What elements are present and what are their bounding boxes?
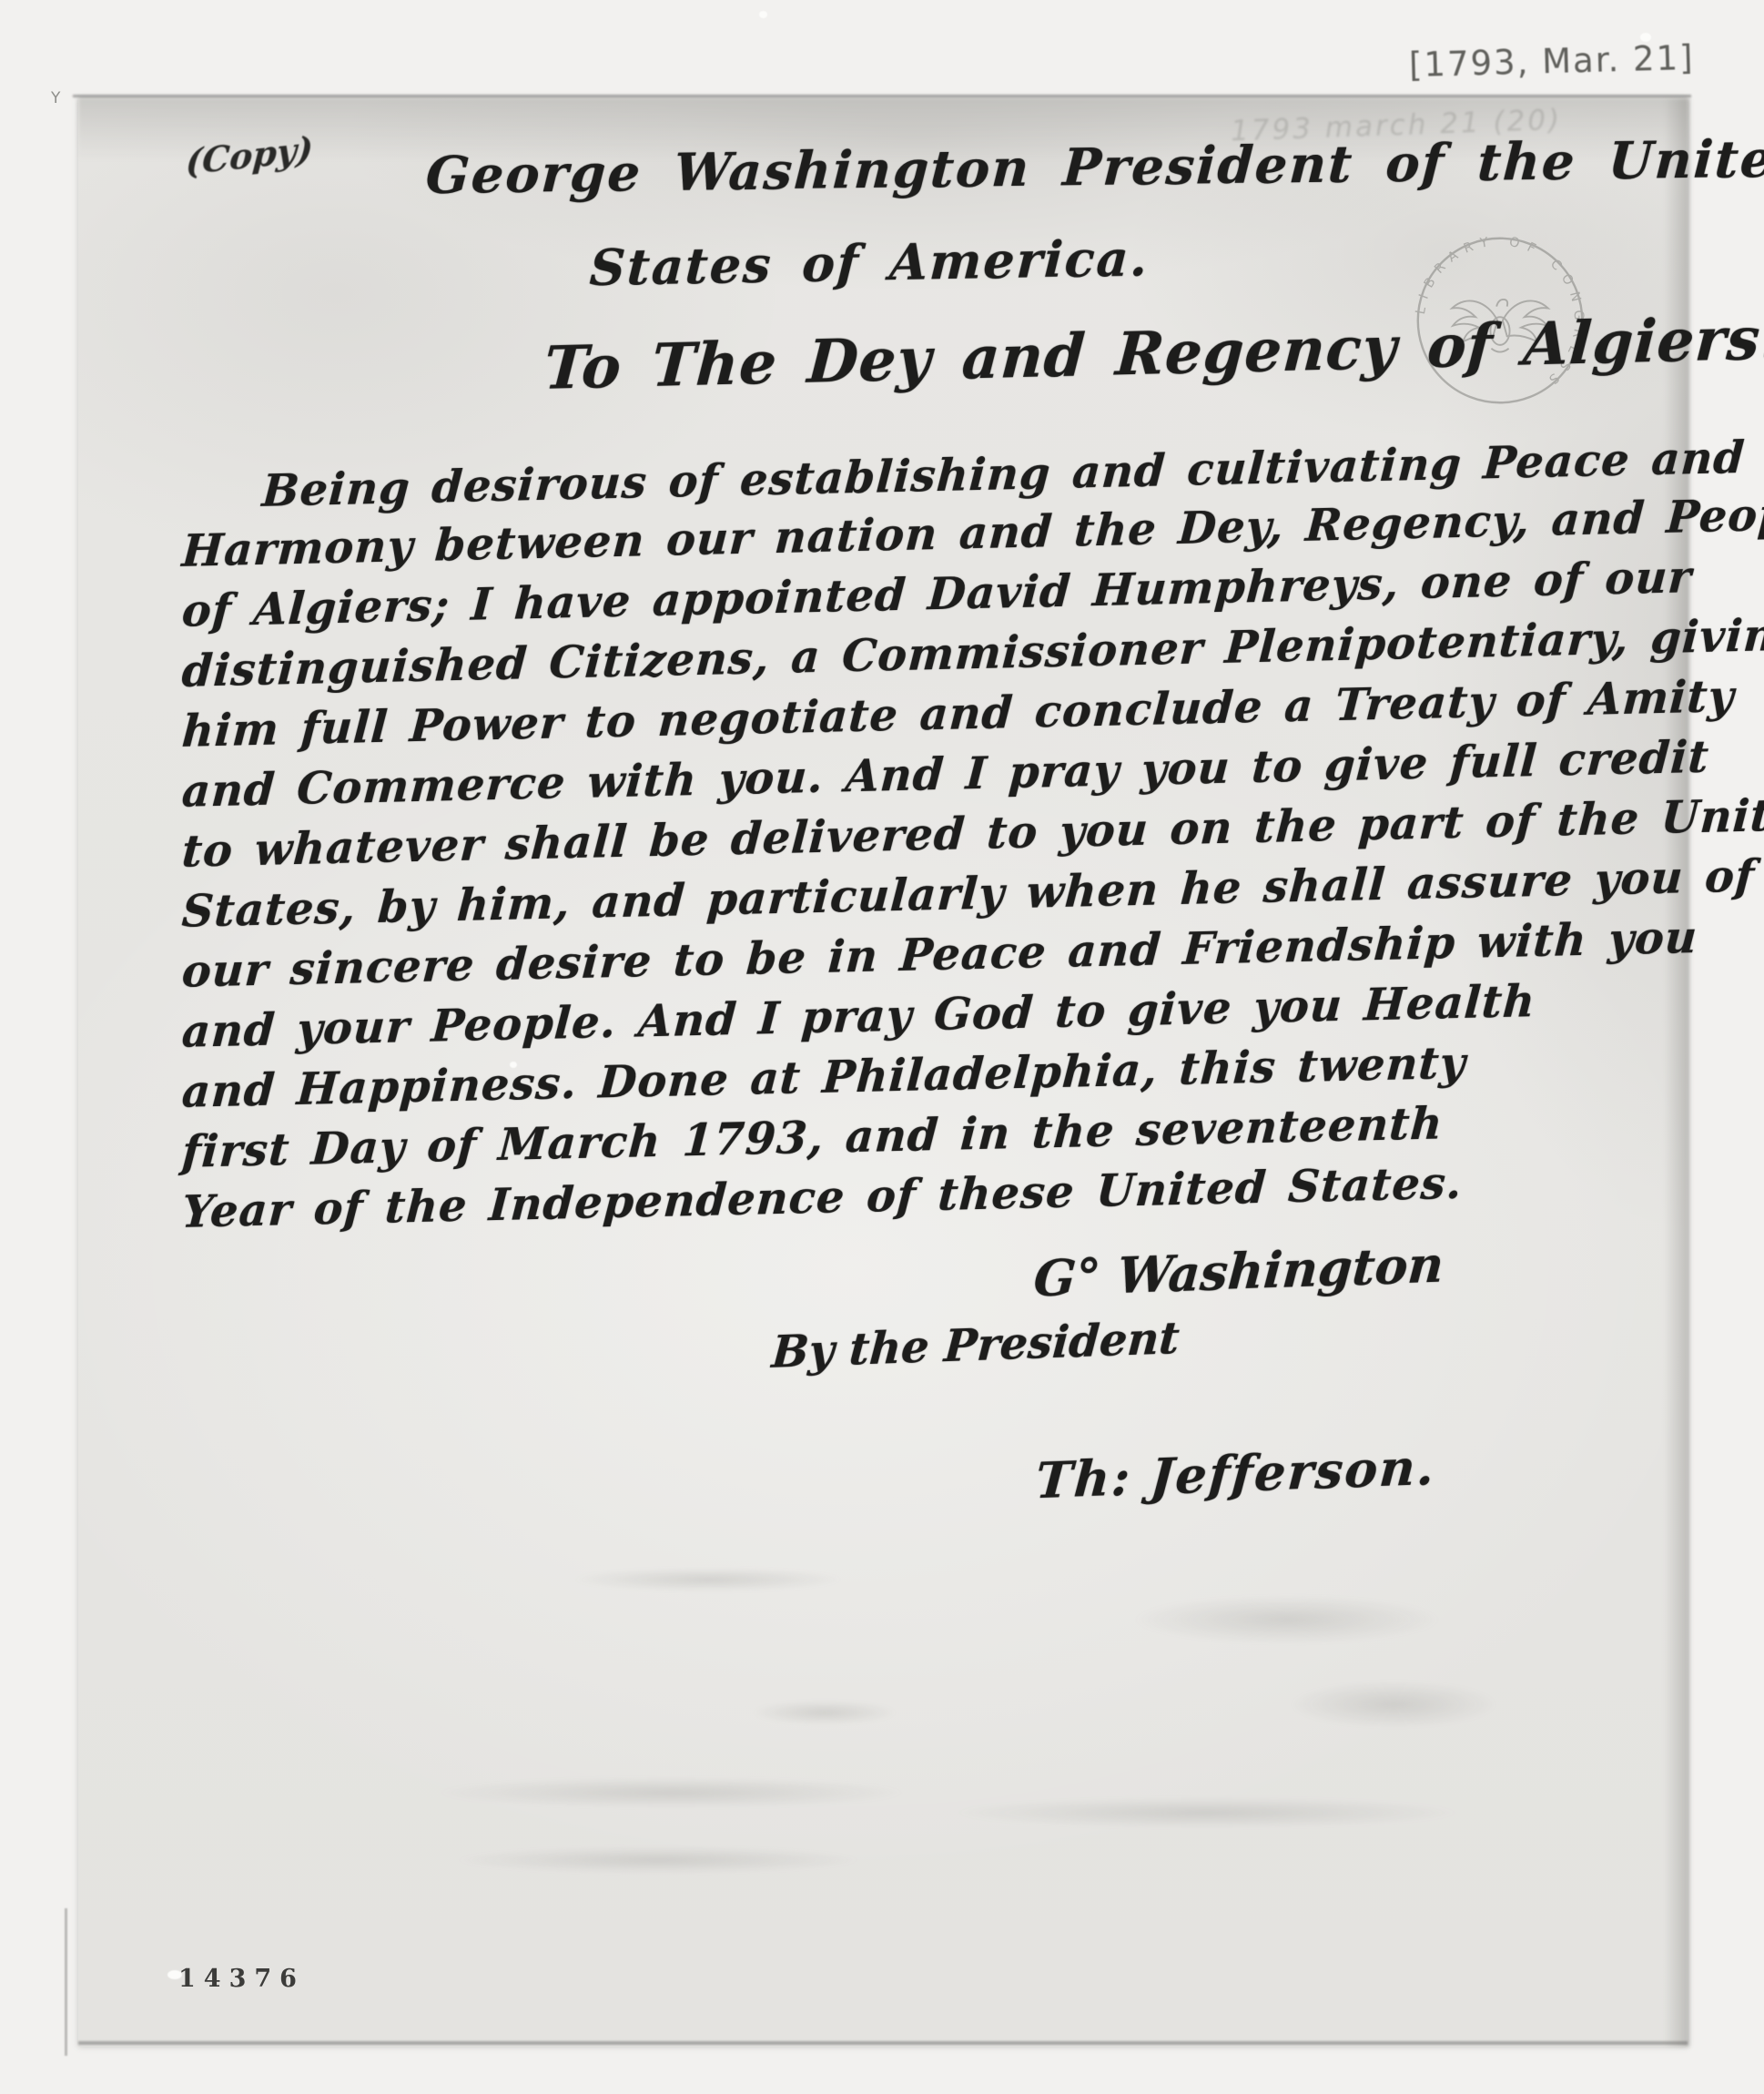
paper-speck [167, 1970, 182, 1979]
letter-heading-line2: States of America. [588, 229, 1151, 297]
bleed-through-mark [752, 1701, 897, 1724]
bleed-through-mark [572, 1568, 845, 1591]
bleed-through-mark [1132, 1595, 1442, 1644]
bleed-through-mark [952, 1797, 1462, 1828]
mat-edge-line [65, 1908, 67, 2056]
date-annotation: [1793, Mar. 21] [1408, 38, 1695, 85]
paper-speck [510, 1062, 517, 1068]
paper-speck [1640, 33, 1651, 42]
bleed-through-mark [453, 1846, 863, 1874]
bleed-through-mark [1289, 1681, 1498, 1728]
bleed-through-mark [435, 1777, 908, 1808]
paper-speck [759, 11, 767, 18]
catalog-number: 14376 [178, 1965, 305, 1993]
paper-top-edge [73, 95, 1691, 97]
scanned-document-page: Y (Copy) [1793, Mar. 21] 1793 march 21 (… [0, 0, 1764, 2094]
margin-mark-y: Y [51, 89, 60, 107]
